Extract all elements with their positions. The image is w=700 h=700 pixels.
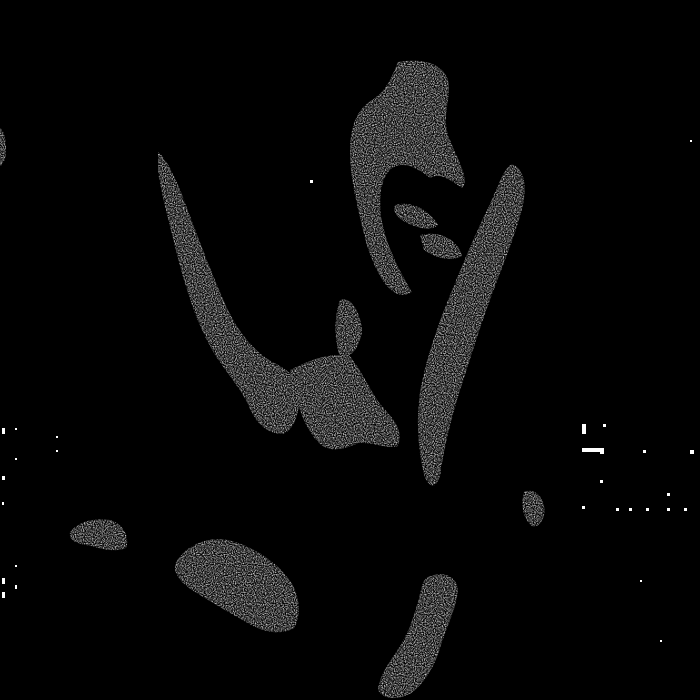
thresholded-photo [0, 0, 700, 700]
